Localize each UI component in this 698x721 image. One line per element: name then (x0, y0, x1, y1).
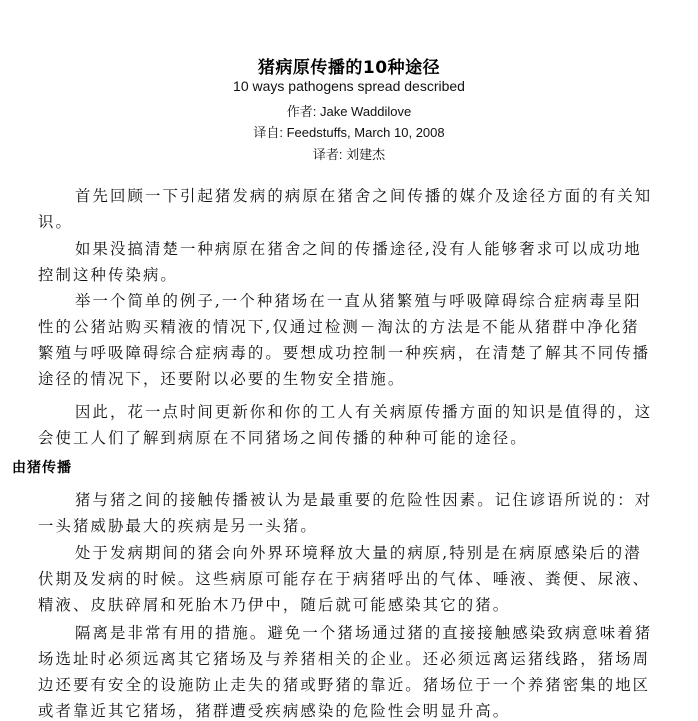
paragraph-line: 首先回顾一下引起猪发病的病原在猪舍之间传播的媒介及途径方面的有关知 (75, 184, 652, 206)
source-line: 译自: Feedstuffs, March 10, 2008 (0, 122, 698, 141)
paragraph-line: 控制这种传染病。 (38, 263, 178, 285)
paragraph-line: 途径的情况下，还要附以必要的生物安全措施。 (38, 367, 405, 389)
paragraph-line: 繁殖与呼吸障碍综合症病毒的。要想成功控制一种疾病，在清楚了解其不同传播 (38, 341, 650, 363)
paragraph-line: 举一个简单的例子,一个种猪场在一直从猪繁殖与呼吸障碍综合症病毒呈阳 (75, 289, 642, 311)
paragraph-line: 识。 (38, 210, 73, 232)
paragraph-line: 伏期及发病的时候。这些病原可能存在于病猪呼出的气体、唾液、粪便、尿液、 (38, 567, 650, 589)
section-heading: 由猪传播 (12, 457, 72, 477)
paragraph-line: 性的公猪站购买精液的情况下,仅通过检测－淘汰的方法是不能从猪群中净化猪 (38, 315, 640, 337)
paragraph-line: 处于发病期间的猪会向外界环境释放大量的病原,特别是在病原感染后的潜 (75, 541, 642, 563)
article-title: 猪病原传播的10种途径 (0, 53, 698, 78)
paragraph-line: 精液、皮肤碎屑和死胎木乃伊中，随后就可能感染其它的猪。 (38, 593, 510, 615)
paragraph-line: 边还要有安全的设施防止走失的猪或野猪的靠近。猪场位于一个养猪密集的地区 (38, 673, 650, 695)
translator-line: 译者: 刘建杰 (0, 144, 698, 163)
paragraph-line: 一头猪威胁最大的疾病是另一头猪。 (38, 514, 318, 536)
paragraph-line: 因此，花一点时间更新你和你的工人有关病原传播方面的知识是值得的，这 (75, 400, 652, 422)
paragraph-line: 会使工人们了解到病原在不同猪场之间传播的种种可能的途径。 (38, 426, 528, 448)
paragraph-line: 猪与猪之间的接触传播被认为是最重要的危险性因素。记住谚语所说的：对 (75, 488, 652, 510)
paragraph-line: 或者靠近其它猪场，猪群遭受疾病感染的危险性会明显升高。 (38, 699, 510, 721)
paragraph-line: 如果没搞清楚一种病原在猪舍之间的传播途径,没有人能够奢求可以成功地 (75, 237, 642, 259)
article-subtitle: 10 ways pathogens spread described (0, 78, 698, 94)
paragraph-line: 隔离是非常有用的措施。避免一个猪场通过猪的直接接触感染致病意味着猪 (75, 621, 652, 643)
paragraph-line: 场选址时必须远离其它猪场及与养猪相关的企业。还必须远离运猪线路，猪场周 (38, 647, 650, 669)
author-line: 作者: Jake Waddilove (0, 101, 698, 120)
